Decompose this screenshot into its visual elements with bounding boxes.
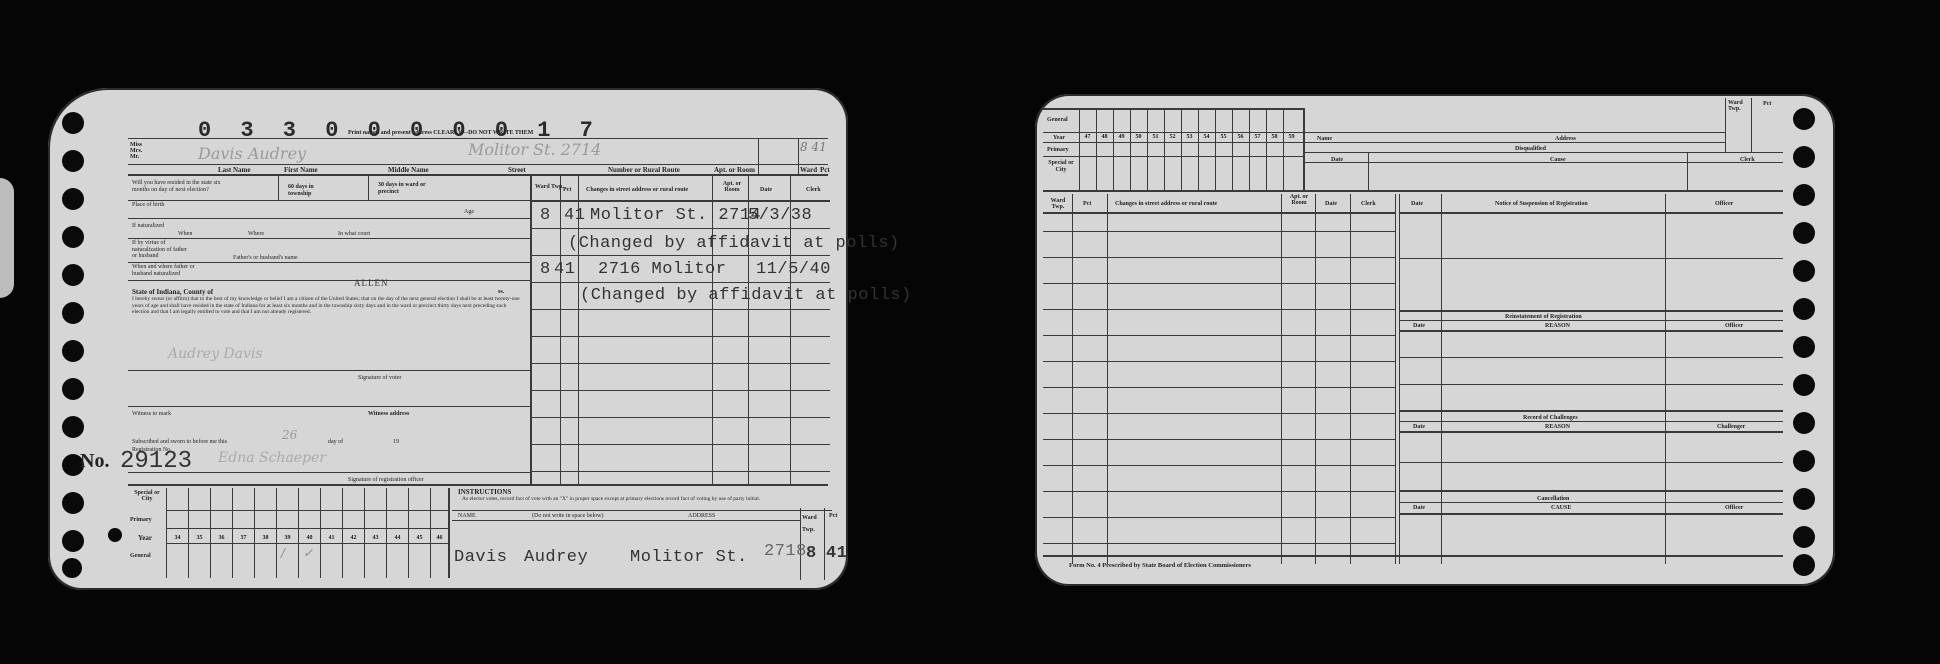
oath-county: ALLEN — [354, 278, 389, 288]
row-ward: 8 — [540, 260, 551, 279]
row-pct: 41 — [564, 206, 585, 225]
adjacent-card-edge — [0, 178, 14, 298]
footer-first-name: Audrey — [524, 548, 588, 567]
grid-label-primary: Primary — [130, 516, 152, 524]
vote-mark: ✓ — [303, 546, 313, 560]
punch-hole — [1793, 336, 1815, 358]
label-year-prefix: 19 — [393, 438, 399, 446]
punch-hole — [1793, 488, 1815, 510]
back-changes-ward: Ward Twp. — [1047, 198, 1069, 210]
footer-do-not-write: (Do not write in space below) — [532, 512, 603, 520]
cancellation-date: Date — [1413, 504, 1425, 512]
handwritten-ward-pct: 8 41 — [800, 140, 827, 154]
punch-hole — [62, 302, 84, 324]
footer-ward-label: Ward Twp. — [802, 512, 822, 536]
punch-hole — [62, 226, 84, 248]
label-witness-address: Witness address — [368, 410, 409, 418]
question-township: 60 days in township — [288, 184, 338, 197]
punch-hole — [62, 150, 84, 172]
label-when: When — [178, 230, 192, 238]
back-changes-date: Date — [1325, 200, 1337, 208]
suspension-date: Date — [1411, 200, 1423, 208]
suspension-officer: Officer — [1715, 200, 1733, 208]
header-number: Number or Rural Route — [608, 166, 680, 174]
reinstatement-officer: Officer — [1725, 322, 1743, 330]
header-middle-name: Middle Name — [388, 166, 429, 174]
punch-hole — [1793, 108, 1815, 130]
back-grid-label-primary: Primary — [1047, 146, 1069, 154]
punch-hole — [1793, 412, 1815, 434]
challenges-date: Date — [1413, 423, 1425, 431]
grid-label-year: Year — [138, 534, 152, 542]
oath-text: I hereby swear (or affirm) that to the b… — [132, 296, 522, 316]
reinstatement-date: Date — [1413, 322, 1425, 330]
cancellation-cause: CAUSE — [1551, 504, 1571, 512]
vote-mark: / — [281, 546, 285, 560]
back-changes-apt: Apt. or Room — [1285, 194, 1313, 206]
footer-number: 2718 — [764, 542, 807, 561]
label-by-virtue: If by virtue of naturalization of father… — [132, 240, 192, 260]
punch-hole — [62, 416, 84, 438]
label-naturalized: If naturalized — [132, 222, 164, 230]
question-ward: 30 days in ward or precinct — [378, 182, 438, 195]
punch-hole — [1793, 374, 1815, 396]
registration-card-front: 0 3 3 0 0 0 0 0 1 7 Print names and pres… — [48, 88, 848, 590]
label-day-of: day of — [328, 438, 343, 446]
no-symbol: No. — [80, 450, 109, 473]
challenges-reason: REASON — [1545, 423, 1570, 431]
punch-hole — [1793, 146, 1815, 168]
suspension-title: Notice of Suspension of Registration — [1495, 200, 1588, 208]
changes-note: (Changed by affidavit at polls) — [568, 234, 900, 253]
footer-name-label: NAME — [458, 512, 476, 520]
subscribed-day: 26 — [282, 428, 297, 442]
back-grid-label-year: Year — [1053, 134, 1065, 142]
punch-hole — [1793, 222, 1815, 244]
header-first-name: First Name — [284, 166, 318, 174]
form-footer: Form No. 4 Prescribed by State Board of … — [1069, 562, 1251, 570]
registration-card-back: General Year Primary Special or City 47 … — [1035, 94, 1835, 586]
row-ward: 8 — [540, 206, 551, 225]
row-date: 11/5/40 — [756, 260, 831, 279]
label-court: In what court — [338, 230, 370, 238]
punch-hole — [62, 492, 84, 514]
punch-hole — [62, 264, 84, 286]
header-ward: Ward — [800, 166, 817, 174]
punch-hole — [1793, 554, 1815, 576]
row-address: Molitor St. 2714 — [590, 206, 761, 225]
punch-hole — [62, 378, 84, 400]
grid-label-special: Special or City — [130, 490, 164, 502]
officer-signature: Edna Schaeper — [218, 450, 326, 466]
row-pct: 41 — [554, 260, 575, 279]
oath-ss: ss. — [498, 288, 504, 296]
changes-header-pct: Pct — [563, 186, 571, 194]
instructions-title: INSTRUCTIONS — [458, 488, 511, 496]
punch-hole — [1793, 260, 1815, 282]
header-last-name: Last Name — [218, 166, 250, 174]
header-street: Street — [508, 166, 526, 174]
top-instruction: Print names and present address CLEARLY—… — [348, 129, 533, 137]
footer-last-name: Davis — [454, 548, 508, 567]
punch-hole-small — [108, 528, 122, 542]
label-signature-officer: Signature of registration officer — [348, 476, 424, 484]
punch-hole — [62, 558, 82, 578]
label-signature-voter: Signature of voter — [358, 374, 401, 382]
back-pct-label: Pct — [1763, 100, 1771, 108]
back-grid-label-special: Special or City — [1047, 160, 1075, 174]
changes-note: (Changed by affidavit at polls) — [580, 286, 912, 305]
changes-header-address: Changes in street address or rural route — [586, 186, 688, 194]
label-witness-mark: Witness to mark — [132, 410, 171, 418]
row-date: 5/3/38 — [748, 206, 812, 225]
header-pct: Pct — [820, 166, 830, 174]
footer-pct: 41 — [826, 544, 847, 563]
back-changes-clerk: Clerk — [1361, 200, 1376, 208]
back-ward-label: Ward Twp. — [1728, 100, 1748, 112]
reinstatement-reason: REASON — [1545, 322, 1570, 330]
cancellation-officer: Officer — [1725, 504, 1743, 512]
changes-header-ward: Ward Twp. — [535, 184, 564, 190]
oath-state-line: State of Indiana, County of — [132, 288, 213, 296]
row-address: 2716 Molitor — [598, 260, 726, 279]
grid-label-general: General — [130, 552, 151, 560]
handwritten-street: Molitor St. 2714 — [468, 140, 601, 159]
punch-hole — [1793, 184, 1815, 206]
registration-number: 29123 — [120, 448, 192, 475]
punch-hole — [62, 112, 84, 134]
changes-header-apt: Apt. or Room — [720, 181, 744, 193]
instructions-text: As elector votes, record fact of vote wi… — [462, 496, 842, 502]
footer-ward: 8 — [806, 544, 817, 563]
back-changes-address: Changes in street address or rural route — [1115, 200, 1217, 208]
punch-hole — [62, 340, 84, 362]
punch-hole — [1793, 450, 1815, 472]
back-changes-pct: Pct — [1083, 200, 1091, 208]
punch-hole — [62, 188, 84, 210]
title-options: Miss Mrs. Mr. — [130, 142, 142, 160]
punch-hole — [1793, 298, 1815, 320]
changes-header-date: Date — [760, 186, 772, 194]
label-when-where-father: When and where father or husband natural… — [132, 264, 212, 277]
label-where: Where — [248, 230, 264, 238]
back-grid-label-general: General — [1047, 116, 1068, 124]
label-subscribed: Subscribed and sworn to before me this — [132, 438, 227, 446]
footer-pct-label: Pct — [829, 512, 837, 520]
label-age: Age — [464, 208, 474, 216]
challenges-challenger: Challenger — [1717, 423, 1745, 431]
question-state-residence: Will you have resided in the state six m… — [132, 180, 232, 193]
footer-street: Molitor St. — [630, 548, 748, 567]
punch-hole — [1793, 526, 1815, 548]
changes-header-clerk: Clerk — [806, 186, 821, 194]
header-apt: Apt. or Room — [714, 166, 755, 174]
handwritten-name: Davis Audrey — [198, 144, 306, 163]
label-father-name: Father's or husband's name — [233, 254, 298, 262]
voter-signature: Audrey Davis — [168, 346, 263, 362]
punch-hole — [62, 530, 84, 552]
footer-address-label: ADDRESS — [688, 512, 715, 520]
label-birthplace: Place of birth — [132, 202, 172, 209]
